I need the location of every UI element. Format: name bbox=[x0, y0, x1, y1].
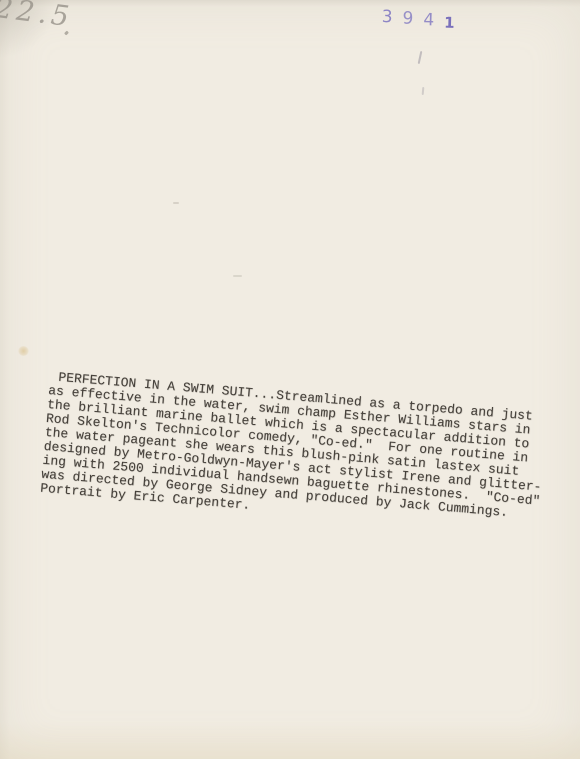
stain-spot bbox=[18, 346, 29, 356]
ink-speck bbox=[418, 51, 423, 64]
ink-speck bbox=[422, 87, 425, 95]
stamp-digit: 1 bbox=[444, 14, 465, 33]
ink-speck bbox=[173, 202, 179, 204]
typed-caption: PERFECTION IN A SWIM SUIT...Streamlined … bbox=[40, 370, 564, 538]
stamp-digit: 9 bbox=[402, 9, 423, 30]
stamp-digit: 3 bbox=[381, 7, 402, 28]
stamp-digit: 4 bbox=[423, 10, 444, 31]
photo-verso-paper: 22.5 3941 PERFECTION IN A SWIM SUIT...St… bbox=[0, 0, 580, 759]
ink-speck bbox=[233, 275, 242, 277]
ink-speck bbox=[64, 31, 69, 36]
pencil-number: 22.5 bbox=[0, 0, 75, 33]
stamp-number: 3941 bbox=[381, 7, 464, 29]
